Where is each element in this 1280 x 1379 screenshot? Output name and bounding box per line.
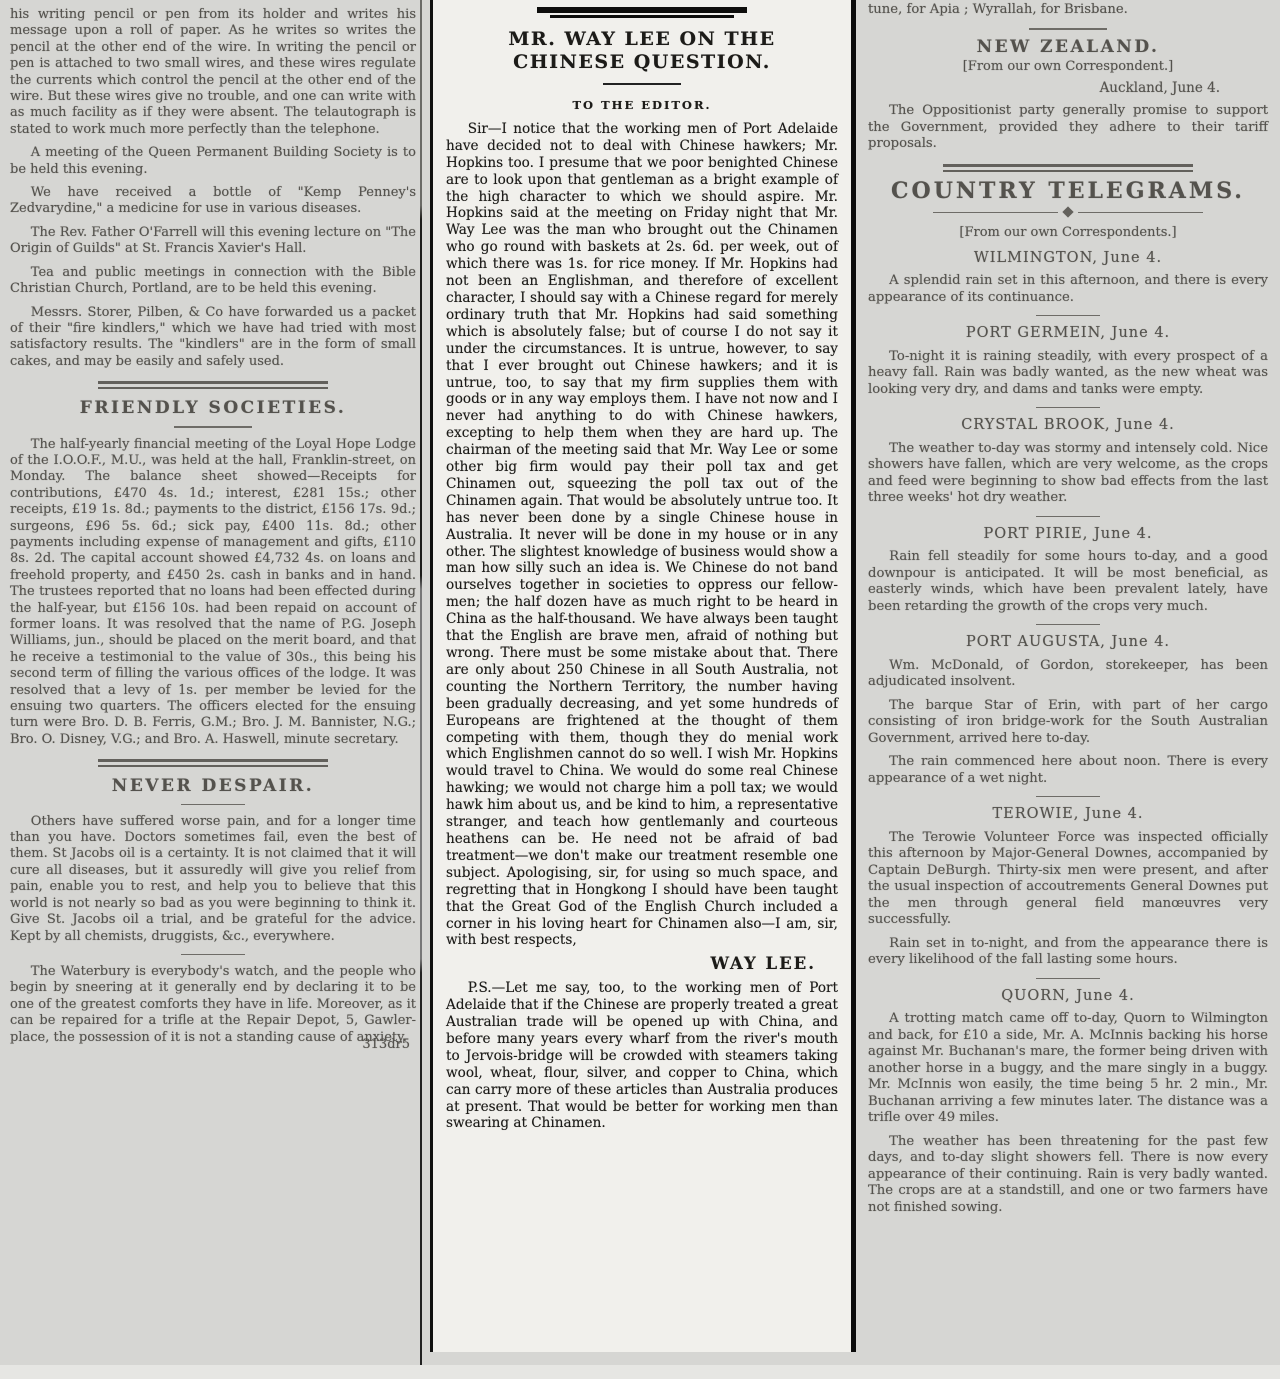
newspaper-page: { "left": { "intro": [ "his writing penc… (0, 0, 1280, 1379)
new-zealand-heading: NEW ZEALAND. (868, 39, 1268, 56)
news-brief: Tea and public meetings in connection wi… (10, 265, 416, 298)
letter-headline: MR. WAY LEE ON THE CHINESE QUESTION. (452, 28, 832, 74)
telegram-paragraph: To-night it is raining steadily, with ev… (868, 349, 1268, 399)
telegram-paragraph: The barque Star of Erin, with part of he… (868, 698, 1268, 748)
telegram-item: PORT AUGUSTA, June 4. Wm. McDonald, of G… (868, 634, 1268, 787)
section-divider (943, 164, 1193, 172)
heading-rule (181, 804, 245, 805)
telegram-item: PORT PIRIE, June 4. Rain fell steadily f… (868, 526, 1268, 616)
never-despair-heading: NEVER DESPAIR. (10, 778, 416, 794)
auckland-dateline: Auckland, June 4. (868, 80, 1268, 97)
masthead-bar-thin (550, 15, 735, 18)
telegram-dateline: TEROWIE, June 4. (868, 806, 1268, 823)
shipping-fragment: tune, for Apia ; Wyrallah, for Brisbane. (868, 2, 1268, 19)
telegram-divider (1036, 407, 1100, 408)
telegram-divider (1036, 624, 1100, 625)
section-divider (98, 759, 328, 767)
telegram-item: WILMINGTON, June 4. A splendid rain set … (868, 250, 1268, 307)
letter-body: Sir—I notice that the working men of Por… (446, 121, 838, 949)
waterbury-paragraph: The Waterbury is everybody's watch, and … (10, 964, 416, 1046)
telegram-dateline: WILMINGTON, June 4. (868, 250, 1268, 267)
news-brief: The Rev. Father O'Farrell will this even… (10, 225, 416, 258)
telegram-dateline: PORT AUGUSTA, June 4. (868, 634, 1268, 651)
heading-rule (603, 83, 681, 85)
left-column: his writing pencil or pen from its holde… (10, 0, 416, 1053)
telegram-dateline: PORT PIRIE, June 4. (868, 526, 1268, 543)
telegram-paragraph: The rain commenced here about noon. Ther… (868, 754, 1268, 787)
right-column: tune, for Apia ; Wyrallah, for Brisbane.… (868, 0, 1268, 1223)
telegram-paragraph: A splendid rain set in this afternoon, a… (868, 273, 1268, 306)
telegram-item: TEROWIE, June 4. The Terowie Volunteer F… (868, 806, 1268, 969)
section-divider (1029, 28, 1107, 30)
news-brief: A meeting of the Queen Permanent Buildin… (10, 145, 416, 178)
telegram-paragraph: A trotting match came off to-day, Quorn … (868, 1011, 1268, 1127)
telautograph-paragraph: his writing pencil or pen from its holde… (10, 7, 416, 138)
telegram-paragraph: The weather to-day was stormy and intens… (868, 441, 1268, 507)
rule-line (933, 212, 1058, 213)
column-rule (420, 0, 422, 1370)
diamond-rule (933, 208, 1203, 216)
telegram-paragraph: Wm. McDonald, of Gordon, storekeeper, ha… (868, 658, 1268, 691)
paragraph-divider (181, 954, 245, 955)
page-bottom-edge (0, 1365, 1280, 1379)
letter-signature: WAY LEE. (446, 956, 838, 973)
telegram-divider (1036, 796, 1100, 797)
st-jacobs-paragraph: Others have suffered worse pain, and for… (10, 814, 416, 945)
telegram-item: QUORN, June 4. A trotting match came off… (868, 988, 1268, 1217)
telegram-paragraph: Rain fell steadily for some hours to-day… (868, 549, 1268, 615)
telegram-item: CRYSTAL BROOK, June 4. The weather to-da… (868, 417, 1268, 507)
telegram-divider (1036, 315, 1100, 316)
telegram-paragraph: The weather has been threatening for the… (868, 1134, 1268, 1217)
section-divider (98, 381, 328, 389)
news-brief: We have received a bottle of "Kemp Penne… (10, 185, 416, 218)
telegram-paragraph: The Terowie Volunteer Force was inspecte… (868, 830, 1268, 929)
telegram-item: PORT GERMEIN, June 4. To-night it is rai… (868, 325, 1268, 398)
rule-line (1078, 212, 1203, 213)
masthead-bar-thick (537, 7, 747, 13)
masthead-bar (537, 7, 747, 18)
telegram-dateline: PORT GERMEIN, June 4. (868, 325, 1268, 342)
letter-clipping: MR. WAY LEE ON THE CHINESE QUESTION. TO … (430, 0, 856, 1352)
telegram-divider (1036, 978, 1100, 979)
new-zealand-body: The Oppositionist party generally promis… (868, 103, 1268, 153)
heading-rule (174, 426, 252, 428)
friendly-societies-heading: FRIENDLY SOCIETIES. (10, 400, 416, 416)
friendly-societies-body: The half-yearly financial meeting of the… (10, 437, 416, 749)
telegram-paragraph: Rain set in to-night, and from the appea… (868, 936, 1268, 969)
news-brief: Messrs. Storer, Pilben, & Co have forwar… (10, 305, 416, 371)
correspondent-byline: [From our own Correspondent.] (868, 59, 1268, 76)
letter-postscript: P.S.—Let me say, too, to the working men… (446, 980, 838, 1132)
correspondents-byline: [From our own Correspondents.] (868, 225, 1268, 242)
telegram-dateline: QUORN, June 4. (868, 988, 1268, 1005)
telegram-divider (1036, 516, 1100, 517)
country-telegrams-heading: COUNTRY TELEGRAMS. (868, 183, 1268, 200)
to-the-editor-label: TO THE EDITOR. (446, 97, 838, 114)
diamond-icon (1062, 206, 1073, 217)
telegram-dateline: CRYSTAL BROOK, June 4. (868, 417, 1268, 434)
